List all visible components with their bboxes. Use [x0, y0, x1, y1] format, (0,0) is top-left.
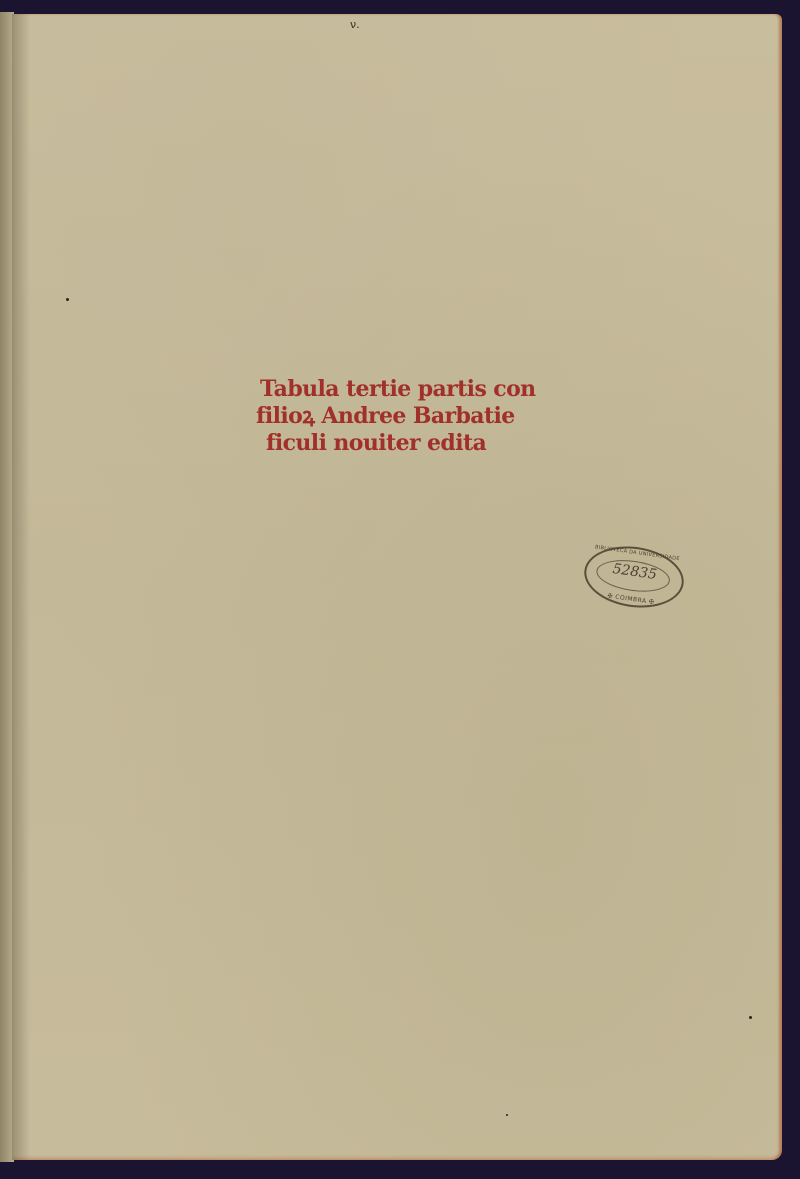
title-block: Tabula tertie partis con filioꝝ Andree B…	[260, 376, 500, 457]
ink-speck	[749, 1016, 752, 1019]
title-line-1: Tabula tertie partis con	[260, 376, 500, 403]
title-line-2: filioꝝ Andree Barbatie	[256, 403, 500, 430]
ink-speck	[506, 1114, 508, 1116]
manuscript-page: ν. Tabula tertie partis con filioꝝ Andre…	[12, 14, 782, 1160]
library-stamp: BIBLIOTECA DA UNIVERSIDADE 52835 ✠ COIMB…	[580, 540, 687, 613]
page-gutter	[12, 14, 30, 1160]
signature-mark: ν.	[350, 18, 360, 31]
stamp-bottom-text: ✠ COIMBRA ✠	[583, 589, 679, 609]
title-line-3: ficuli nouiter edita	[266, 430, 500, 457]
ink-speck	[66, 298, 69, 301]
